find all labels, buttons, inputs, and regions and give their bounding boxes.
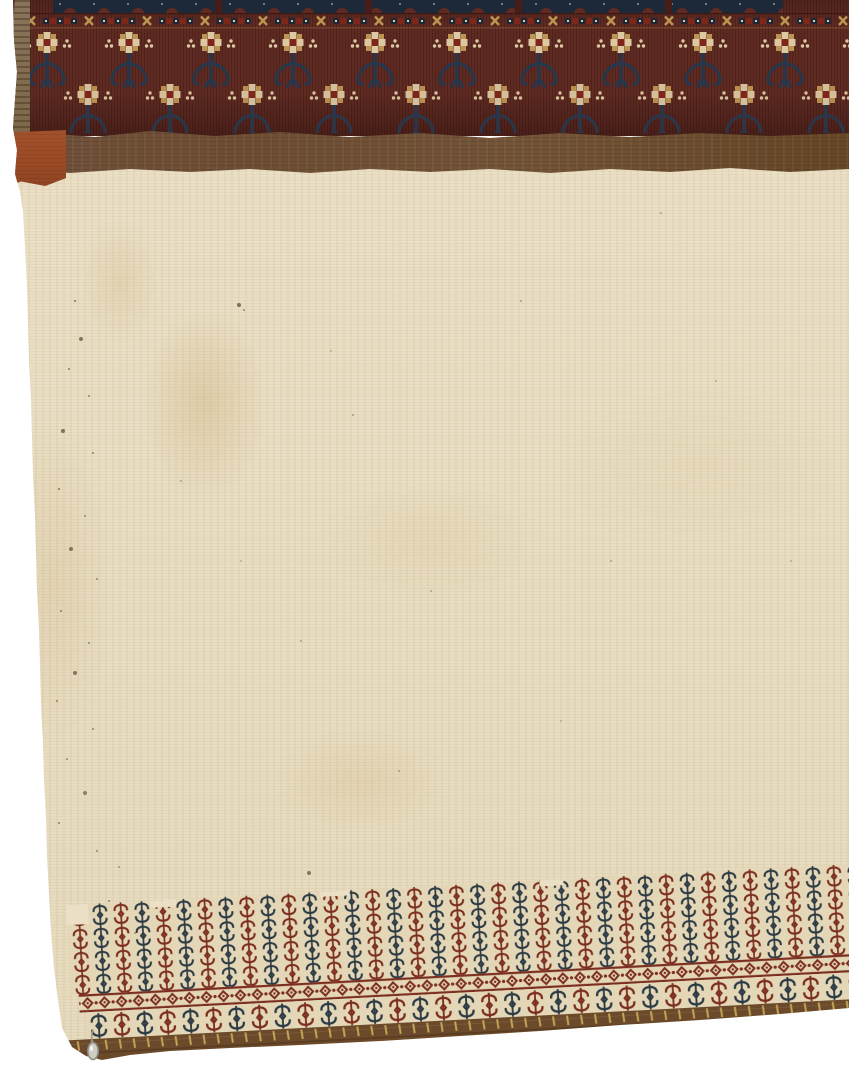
metal-charm <box>78 1028 108 1064</box>
photo-background <box>0 0 849 1080</box>
embroidered-end-band <box>0 0 849 1080</box>
textile-fragment <box>0 0 849 1080</box>
wear-specks <box>0 0 2 2</box>
